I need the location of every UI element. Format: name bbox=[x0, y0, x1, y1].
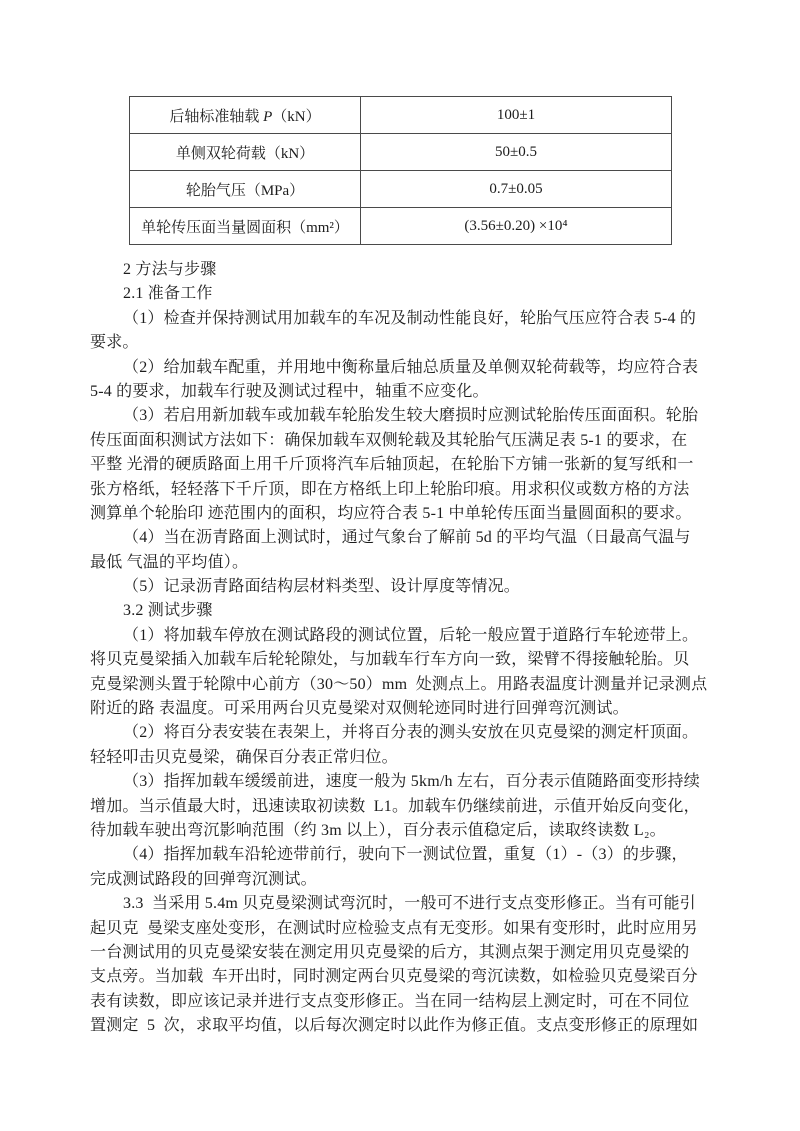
table-cell-label: 单侧双轮荷载（kN） bbox=[130, 134, 361, 171]
text-line: 2 方法与步骤 bbox=[90, 258, 730, 282]
text-line: 置测定 5 次，求取平均值，以后每次测定时以此作为修正值。支点变形修正的原理如 bbox=[90, 1014, 730, 1038]
text-line: 平整 光滑的硬质路面上用千斤顶将汽车后轴顶起，在轮胎下方铺一张新的复写纸和一 bbox=[90, 453, 730, 477]
text-line: 将贝克曼梁插入加载车后轮轮隙处，与加载车行车方向一致，梁臂不得接触轮胎。贝 bbox=[90, 648, 730, 672]
body-text: 2 方法与步骤2.1 准备工作（1）检查并保持测试用加载车的车况及制动性能良好，… bbox=[90, 258, 730, 1039]
text-line: 2.1 准备工作 bbox=[90, 282, 730, 306]
text-line: 最低 气温的平均值）。 bbox=[90, 551, 730, 575]
table-cell-value: (3.56±0.20) ×10⁴ bbox=[361, 208, 672, 245]
document-page: 后轴标准轴载 P（kN）100±1单侧双轮荷载（kN）50±0.5轮胎气压（MP… bbox=[0, 0, 800, 1131]
table-row: 单侧双轮荷载（kN）50±0.5 bbox=[130, 134, 672, 171]
text-line: 起贝克 曼梁支座处变形，在测试时应检验支点有无变形。如果有变形时，此时应用另 bbox=[90, 917, 730, 941]
spec-table-body: 后轴标准轴载 P（kN）100±1单侧双轮荷载（kN）50±0.5轮胎气压（MP… bbox=[130, 97, 672, 245]
text-line: （3）若启用新加载车或加载车轮胎发生较大磨损时应测试轮胎传压面面积。轮胎 bbox=[90, 404, 730, 428]
text-line: 张方格纸，轻轻落下千斤顶，即在方格纸上印上轮胎印痕。用求积仪或数方格的方法 bbox=[90, 478, 730, 502]
table-cell-label: 轮胎气压（MPa） bbox=[130, 171, 361, 208]
text-line: 传压面面积测试方法如下：确保加载车双侧轮载及其轮胎气压满足表 5-1 的要求，在 bbox=[90, 429, 730, 453]
table-cell-label: 后轴标准轴载 P（kN） bbox=[130, 97, 361, 134]
table-row: 轮胎气压（MPa）0.7±0.05 bbox=[130, 171, 672, 208]
text-line: 3.3 当采用 5.4m 贝克曼梁测试弯沉时，一般可不进行支点变形修正。当有可能… bbox=[90, 892, 730, 916]
text-line: （1）检查并保持测试用加载车的车况及制动性能良好，轮胎气压应符合表 5-4 的 bbox=[90, 307, 730, 331]
text-line: 一台测试用的贝克曼梁安装在测定用贝克曼梁的后方，其测点架于测定用贝克曼梁的 bbox=[90, 941, 730, 965]
table-cell-value: 100±1 bbox=[361, 97, 672, 134]
text-line: 克曼梁测头置于轮隙中心前方（30～50）mm 处测点上。用路表温度计测量并记录测… bbox=[90, 673, 730, 697]
text-line: （2）将百分表安装在表架上，并将百分表的测头安放在贝克曼梁的测定杆顶面。 bbox=[90, 721, 730, 745]
table-row: 后轴标准轴载 P（kN）100±1 bbox=[130, 97, 672, 134]
variable-symbol: P bbox=[263, 109, 272, 125]
table-row: 单轮传压面当量圆面积（mm²）(3.56±0.20) ×10⁴ bbox=[130, 208, 672, 245]
text-line: 附近的路 表温度。可采用两台贝克曼梁对双侧轮迹同时进行回弹弯沉测试。 bbox=[90, 697, 730, 721]
text-line: 要求。 bbox=[90, 331, 730, 355]
text-line: 待加载车驶出弯沉影响范围（约 3m 以上），百分表示值稳定后，读取终读数 L₂。 bbox=[90, 819, 730, 843]
text-line: （3）指挥加载车缓缓前进，速度一般为 5km/h 左右，百分表示值随路面变形持续 bbox=[90, 770, 730, 794]
text-line: （5）记录沥青路面结构层材料类型、设计厚度等情况。 bbox=[90, 575, 730, 599]
text-line: 测算单个轮胎印 迹范围内的面积，均应符合表 5-1 中单轮传压面当量圆面积的要求… bbox=[90, 502, 730, 526]
text-line: 3.2 测试步骤 bbox=[90, 599, 730, 623]
table-cell-value: 0.7±0.05 bbox=[361, 171, 672, 208]
table-cell-label: 单轮传压面当量圆面积（mm²） bbox=[130, 208, 361, 245]
text-line: 支点旁。当加载 车开出时，同时测定两台贝克曼梁的弯沉读数，如检验贝克曼梁百分 bbox=[90, 965, 730, 989]
text-line: （1）将加载车停放在测试路段的测试位置，后轮一般应置于道路行车轮迹带上。 bbox=[90, 624, 730, 648]
text-line: 轻轻叩击贝克曼梁，确保百分表正常归位。 bbox=[90, 746, 730, 770]
text-line: 完成测试路段的回弹弯沉测试。 bbox=[90, 868, 730, 892]
text-line: 增加。当示值最大时，迅速读取初读数 L1。加载车仍继续前进，示值开始反向变化， bbox=[90, 795, 730, 819]
text-line: 表有读数，即应该记录并进行支点变形修正。当在同一结构层上测定时，可在不同位 bbox=[90, 990, 730, 1014]
load-spec-table: 后轴标准轴载 P（kN）100±1单侧双轮荷载（kN）50±0.5轮胎气压（MP… bbox=[129, 96, 672, 245]
text-line: （4）指挥加载车沿轮迹带前行，驶向下一测试位置，重复（1）-（3）的步骤， bbox=[90, 843, 730, 867]
text-line: （2）给加载车配重，并用地中衡称量后轴总质量及单侧双轮荷载等，均应符合表 bbox=[90, 356, 730, 380]
text-line: （4）当在沥青路面上测试时，通过气象台了解前 5d 的平均气温（日最高气温与 bbox=[90, 526, 730, 550]
table-cell-value: 50±0.5 bbox=[361, 134, 672, 171]
text-line: 5-4 的要求，加载车行驶及测试过程中，轴重不应变化。 bbox=[90, 380, 730, 404]
